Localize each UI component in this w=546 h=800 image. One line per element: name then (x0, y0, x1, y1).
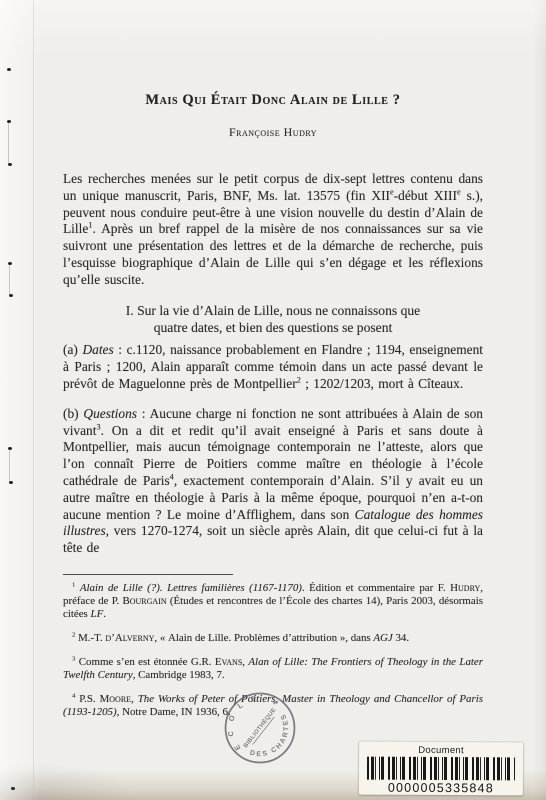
gutter-crease (33, 0, 34, 800)
article-author: Françoise Hudry (63, 125, 483, 140)
intro-paragraph: Les recherches menées sur le petit corpu… (63, 171, 483, 289)
footnote-2: 2 M.-T. d’Alverny, « Alain de Lille. Pro… (63, 632, 483, 645)
scanned-page: { "article": { "title": "Mais Qui Était … (0, 0, 546, 800)
section-heading-line2: quatre dates, et bien des questions se p… (63, 319, 483, 336)
article-body: Mais Qui Était Donc Alain de Lille ? Fra… (63, 0, 483, 729)
paragraph-dates: (a) Dates : c.1120, naissance probableme… (63, 342, 483, 392)
article-title: Mais Qui Était Donc Alain de Lille ? (63, 92, 483, 109)
binding-thread (9, 265, 10, 295)
footnote-separator (63, 574, 233, 575)
binding-mark (8, 163, 12, 166)
barcode-label: Document 0000005335848 (359, 742, 523, 796)
footnote-1: 1 Alain de Lille (?). Lettres familières… (63, 582, 483, 621)
paragraph-questions: (b) Questions : Aucune charge ni fonctio… (63, 406, 483, 557)
binding-thread (9, 450, 10, 482)
binding-thread (8, 123, 9, 164)
barcode-bars-icon (367, 757, 515, 781)
stamp-separator-mark: ✳ (271, 700, 278, 708)
library-stamp-icon: ECOLE DES CHARTES BIBLIOTHÈQUE ✳ (216, 684, 304, 772)
binding-mark (9, 294, 13, 297)
section-heading-line1: I. Sur la vie d’Alain de Lille, nous ne … (63, 302, 483, 319)
barcode-title: Document (359, 745, 523, 757)
binding-mark (11, 787, 15, 790)
binding-mark (9, 481, 13, 484)
stamp-diagonal-text: BIBLIOTHÈQUE (241, 706, 277, 749)
section-heading: I. Sur la vie d’Alain de Lille, nous ne … (63, 302, 483, 336)
barcode-number: 0000005335848 (359, 781, 523, 796)
stamp-diagonal-group: BIBLIOTHÈQUE (241, 706, 278, 750)
binding-mark (7, 68, 11, 71)
footnote-3: 3 Comme s’en est étonnée G.R. Evans, Ala… (63, 656, 483, 682)
